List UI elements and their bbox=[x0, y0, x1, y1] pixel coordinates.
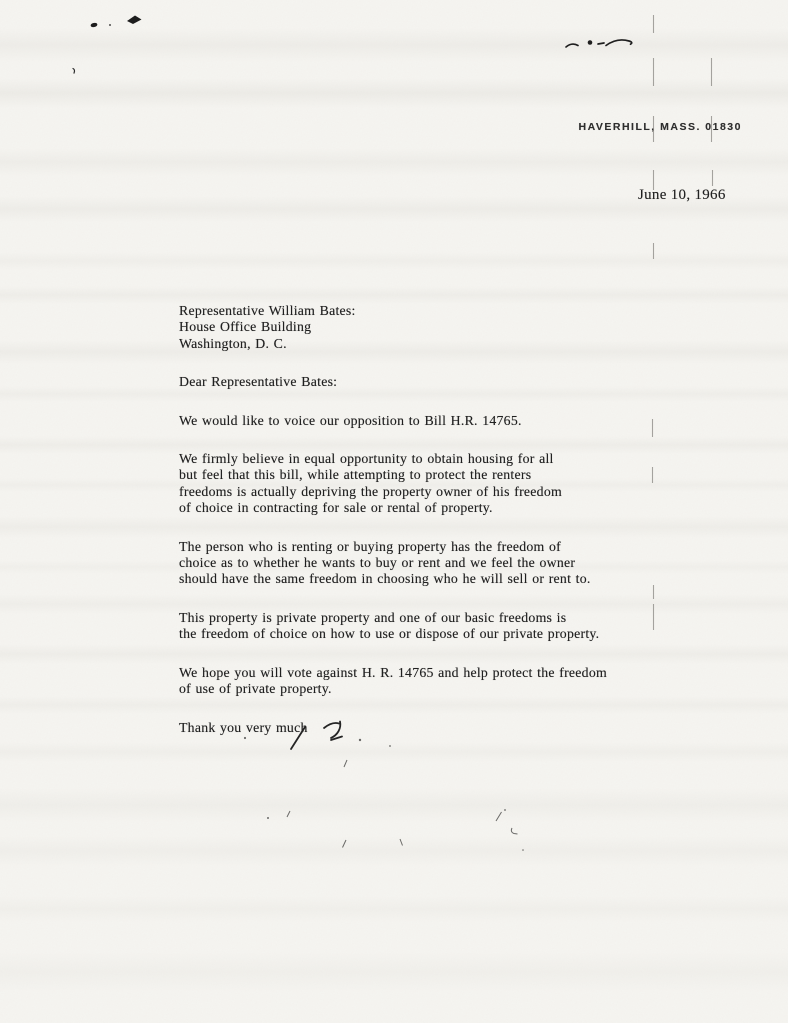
scanned-letter-page: HAVERHILL, MASS. 01830 June 10, 1966 Rep… bbox=[0, 0, 788, 1023]
text-line: should have the same freedom in choosing… bbox=[179, 571, 709, 587]
text-line: but feel that this bill, while attemptin… bbox=[179, 467, 709, 483]
letter-body: Representative William Bates: House Offi… bbox=[179, 303, 709, 736]
text-line: choice as to whether he wants to buy or … bbox=[179, 555, 709, 571]
pen-squiggle-mark bbox=[566, 40, 632, 47]
text-line: We hope you will vote against H. R. 1476… bbox=[179, 665, 709, 681]
scan-band bbox=[0, 896, 788, 922]
scan-band bbox=[0, 952, 788, 992]
paragraph-1: We would like to voice our opposition to… bbox=[179, 413, 709, 429]
text-line: The person who is renting or buying prop… bbox=[179, 539, 709, 555]
recipient-address: Representative William Bates: House Offi… bbox=[179, 303, 709, 352]
scan-band bbox=[0, 788, 788, 822]
salutation: Dear Representative Bates: bbox=[179, 374, 709, 390]
text-line: of use of private property. bbox=[179, 681, 709, 697]
text-line: the freedom of choice on how to use or d… bbox=[179, 626, 709, 642]
pen-comma-mark bbox=[73, 69, 75, 74]
scan-band bbox=[0, 742, 788, 762]
date-line: June 10, 1966 bbox=[638, 187, 726, 204]
text-line: of choice in contracting for sale or ren… bbox=[179, 500, 709, 516]
paragraph-2: We firmly believe in equal opportunity t… bbox=[179, 451, 709, 517]
scan-band bbox=[0, 28, 788, 62]
recipient-city-line: Washington, D. C. bbox=[179, 336, 709, 352]
paragraph-4: This property is private property and on… bbox=[179, 610, 709, 643]
pen-dot-mark bbox=[588, 40, 593, 45]
text-line: We would like to voice our opposition to… bbox=[179, 413, 709, 429]
scan-band bbox=[0, 78, 788, 108]
paragraph-5: We hope you will vote against H. R. 1476… bbox=[179, 665, 709, 698]
closing-line: Thank you very much bbox=[179, 720, 709, 736]
recipient-name-line: Representative William Bates: bbox=[179, 303, 709, 319]
scan-band bbox=[0, 252, 788, 270]
text-line: freedoms is actually depriving the prope… bbox=[179, 484, 709, 500]
text-line: We firmly believe in equal opportunity t… bbox=[179, 451, 709, 467]
scan-band bbox=[0, 836, 788, 866]
scan-band bbox=[0, 286, 788, 304]
paragraph-3: The person who is renting or buying prop… bbox=[179, 539, 709, 588]
salutation-line: Dear Representative Bates: bbox=[179, 374, 709, 390]
scan-band bbox=[0, 148, 788, 176]
ink-speck-marks bbox=[244, 737, 524, 851]
ink-blob-marks bbox=[90, 16, 141, 28]
recipient-street-line: House Office Building bbox=[179, 319, 709, 335]
closing: Thank you very much bbox=[179, 720, 709, 736]
letterhead-city-zip: HAVERHILL, MASS. 01830 bbox=[578, 121, 742, 133]
text-line: This property is private property and on… bbox=[179, 610, 709, 626]
